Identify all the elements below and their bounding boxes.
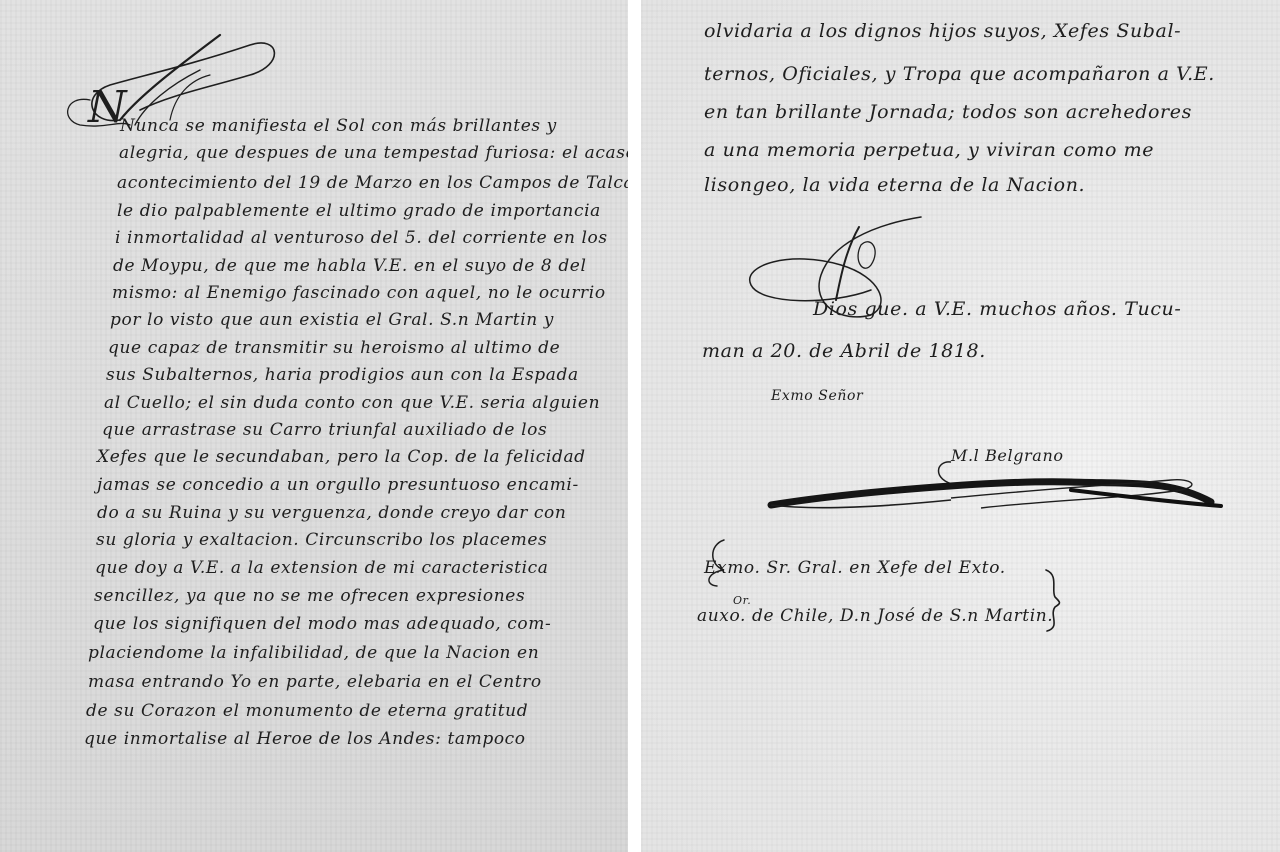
address-line-2: auxo. de Chile, D.n José de S.n Martin. [697,608,1053,625]
manuscript-line: alegria, que despues de una tempestad fu… [119,145,628,162]
manuscript-line: en tan brillante Jornada; todos son acre… [704,103,1192,122]
manuscript-line: sencillez, ya que no se me ofrecen expre… [94,588,525,605]
manuscript-line: placiendome la infalibilidad, de que la … [88,645,539,662]
manuscript-line: jamas se concedio a un orgullo presuntuo… [97,477,579,494]
manuscript-line: que capaz de transmitir su heroismo al u… [108,340,560,357]
manuscript-line: masa entrando Yo en parte, elebaria en e… [88,674,542,691]
address-superscript: Or. [733,595,751,606]
manuscript-line: por lo visto que aun existia el Gral. S.… [110,312,554,329]
address-line-1: Exmo. Sr. Gral. en Xefe del Exto. [704,560,1006,577]
closing-line-2: man a 20. de Abril de 1818. [702,342,986,361]
manuscript-line: que inmortalise al Heroe de los Andes: t… [84,731,526,748]
manuscript-line: su gloria y exaltacion. Circunscribo los… [96,532,547,549]
manuscript-line: que doy a V.E. a la extension de mi cara… [95,560,549,577]
manuscript-line: de Moypu, de que me habla V.E. en el suy… [113,258,587,275]
manuscript-line: do a su Ruina y su verguenza, donde crey… [97,505,566,522]
manuscript-line: que los signifiquen del modo mas adequad… [93,616,551,633]
right-manuscript-page: olvidaria a los dignos hijos suyos, Xefe… [641,0,1280,852]
manuscript-line: sus Subalternos, haria prodigios aun con… [106,367,579,384]
signature-rubric-icon [751,440,1231,520]
manuscript-line: lisongeo, la vida eterna de la Nacion. [704,176,1085,195]
left-manuscript-page: N Nunca se manifiesta el Sol con más bri… [0,0,628,852]
manuscript-spread: N Nunca se manifiesta el Sol con más bri… [0,0,1280,852]
manuscript-line: olvidaria a los dignos hijos suyos, Xefe… [704,22,1181,41]
manuscript-line: al Cuello; el sin duda conto con que V.E… [104,395,600,412]
manuscript-line: Nunca se manifiesta el Sol con más brill… [120,118,557,135]
manuscript-line: Xefes que le secundaban, pero la Cop. de… [97,449,586,466]
manuscript-line: ternos, Oficiales, y Tropa que acompañar… [704,65,1215,84]
manuscript-line: le dio palpablemente el ultimo grado de … [117,203,601,220]
manuscript-line: a una memoria perpetua, y viviran como m… [704,141,1154,160]
manuscript-line: acontecimiento del 19 de Marzo en los Ca… [117,175,628,192]
manuscript-line: mismo: al Enemigo fascinado con aquel, n… [112,285,606,302]
salutation: Exmo Señor [771,389,863,403]
manuscript-line: i inmortalidad al venturoso del 5. del c… [115,230,608,247]
manuscript-line: de su Corazon el monumento de eterna gra… [86,703,528,720]
manuscript-line: que arrastrase su Carro triunfal auxilia… [102,422,547,439]
closing-line-1: Dios gue. a V.E. muchos años. Tucu- [813,300,1181,319]
